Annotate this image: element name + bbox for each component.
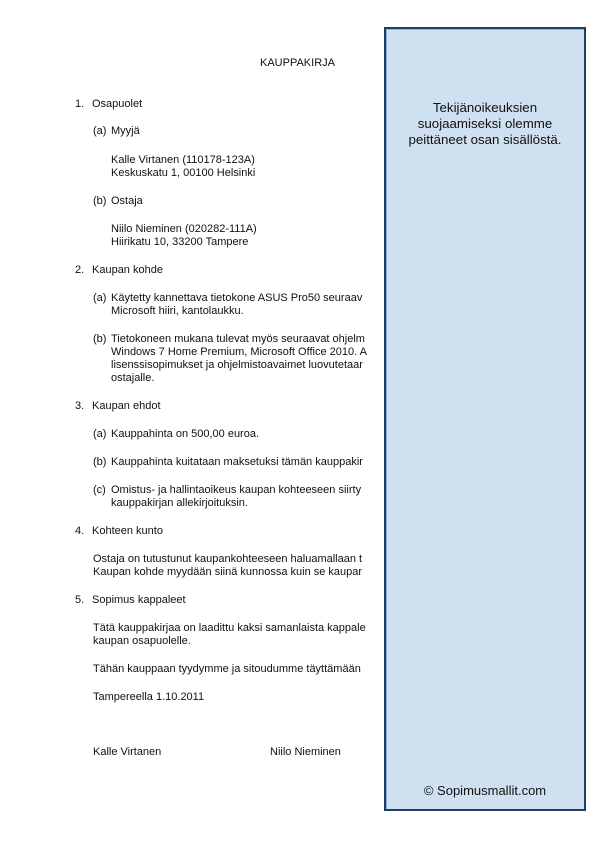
section-3-number: 3. [75,400,84,413]
copyright-notice: © Sopimusmallit.com [386,783,584,799]
section-2-number: 2. [75,264,84,277]
section-1-heading: Osapuolet [92,98,142,111]
section-2b-line: lisenssisopimukset ja ohjelmistoavaimet … [111,359,363,372]
buyer-address: Hiirikatu 10, 33200 Tampere [111,236,248,249]
section-1b-label: (b) [93,195,106,208]
section-2a-label: (a) [93,292,106,305]
section-2a-line: Microsoft hiiri, kantolaukku. [111,305,244,318]
section-5-commitment: Tähän kauppaan tyydymme ja sitoudumme tä… [93,663,361,676]
section-4-number: 4. [75,525,84,538]
section-1a-label: (a) [93,125,106,138]
section-4-heading: Kohteen kunto [92,525,163,538]
section-3-heading: Kaupan ehdot [92,400,161,413]
section-5-number: 5. [75,594,84,607]
section-5-paragraph-line: kaupan osapuolelle. [93,635,191,648]
buyer-name: Niilo Nieminen (020282-111A) [111,223,257,236]
section-2b-label: (b) [93,333,106,346]
section-3b-label: (b) [93,456,106,469]
section-5-paragraph-line: Tätä kauppakirjaa on laadittu kaksi sama… [93,622,366,635]
section-3a-line: Kauppahinta on 500,00 euroa. [111,428,259,441]
redaction-overlay: Tekijänoikeuksien suojaamiseksi olemme p… [384,27,586,811]
redaction-message: Tekijänoikeuksien suojaamiseksi olemme p… [386,100,584,148]
section-3c-line: Omistus- ja hallintaoikeus kaupan kohtee… [111,484,361,497]
seller-address: Keskuskatu 1, 00100 Helsinki [111,167,255,180]
section-1-number: 1. [75,98,84,111]
buyer-signature: Niilo Nieminen [270,746,341,759]
seller-signature: Kalle Virtanen [93,746,161,759]
section-3a-label: (a) [93,428,106,441]
section-4-paragraph-line: Ostaja on tutustunut kaupankohteeseen ha… [93,553,362,566]
section-3c-label: (c) [93,484,106,497]
section-1b-text: Ostaja [111,195,143,208]
section-2-heading: Kaupan kohde [92,264,163,277]
section-2b-line: ostajalle. [111,372,154,385]
seller-name: Kalle Virtanen (110178-123A) [111,154,255,167]
section-1a-text: Myyjä [111,125,140,138]
section-3c-line: kauppakirjan allekirjoituksin. [111,497,248,510]
section-2a-line: Käytetty kannettava tietokone ASUS Pro50… [111,292,362,305]
section-2b-line: Windows 7 Home Premium, Microsoft Office… [111,346,367,359]
section-5-heading: Sopimus kappaleet [92,594,186,607]
section-4-paragraph-line: Kaupan kohde myydään siinä kunnossa kuin… [93,566,362,579]
place-and-date: Tampereella 1.10.2011 [93,691,204,704]
section-2b-line: Tietokoneen mukana tulevat myös seuraava… [111,333,365,346]
section-3b-line: Kauppahinta kuitataan maksetuksi tämän k… [111,456,363,469]
